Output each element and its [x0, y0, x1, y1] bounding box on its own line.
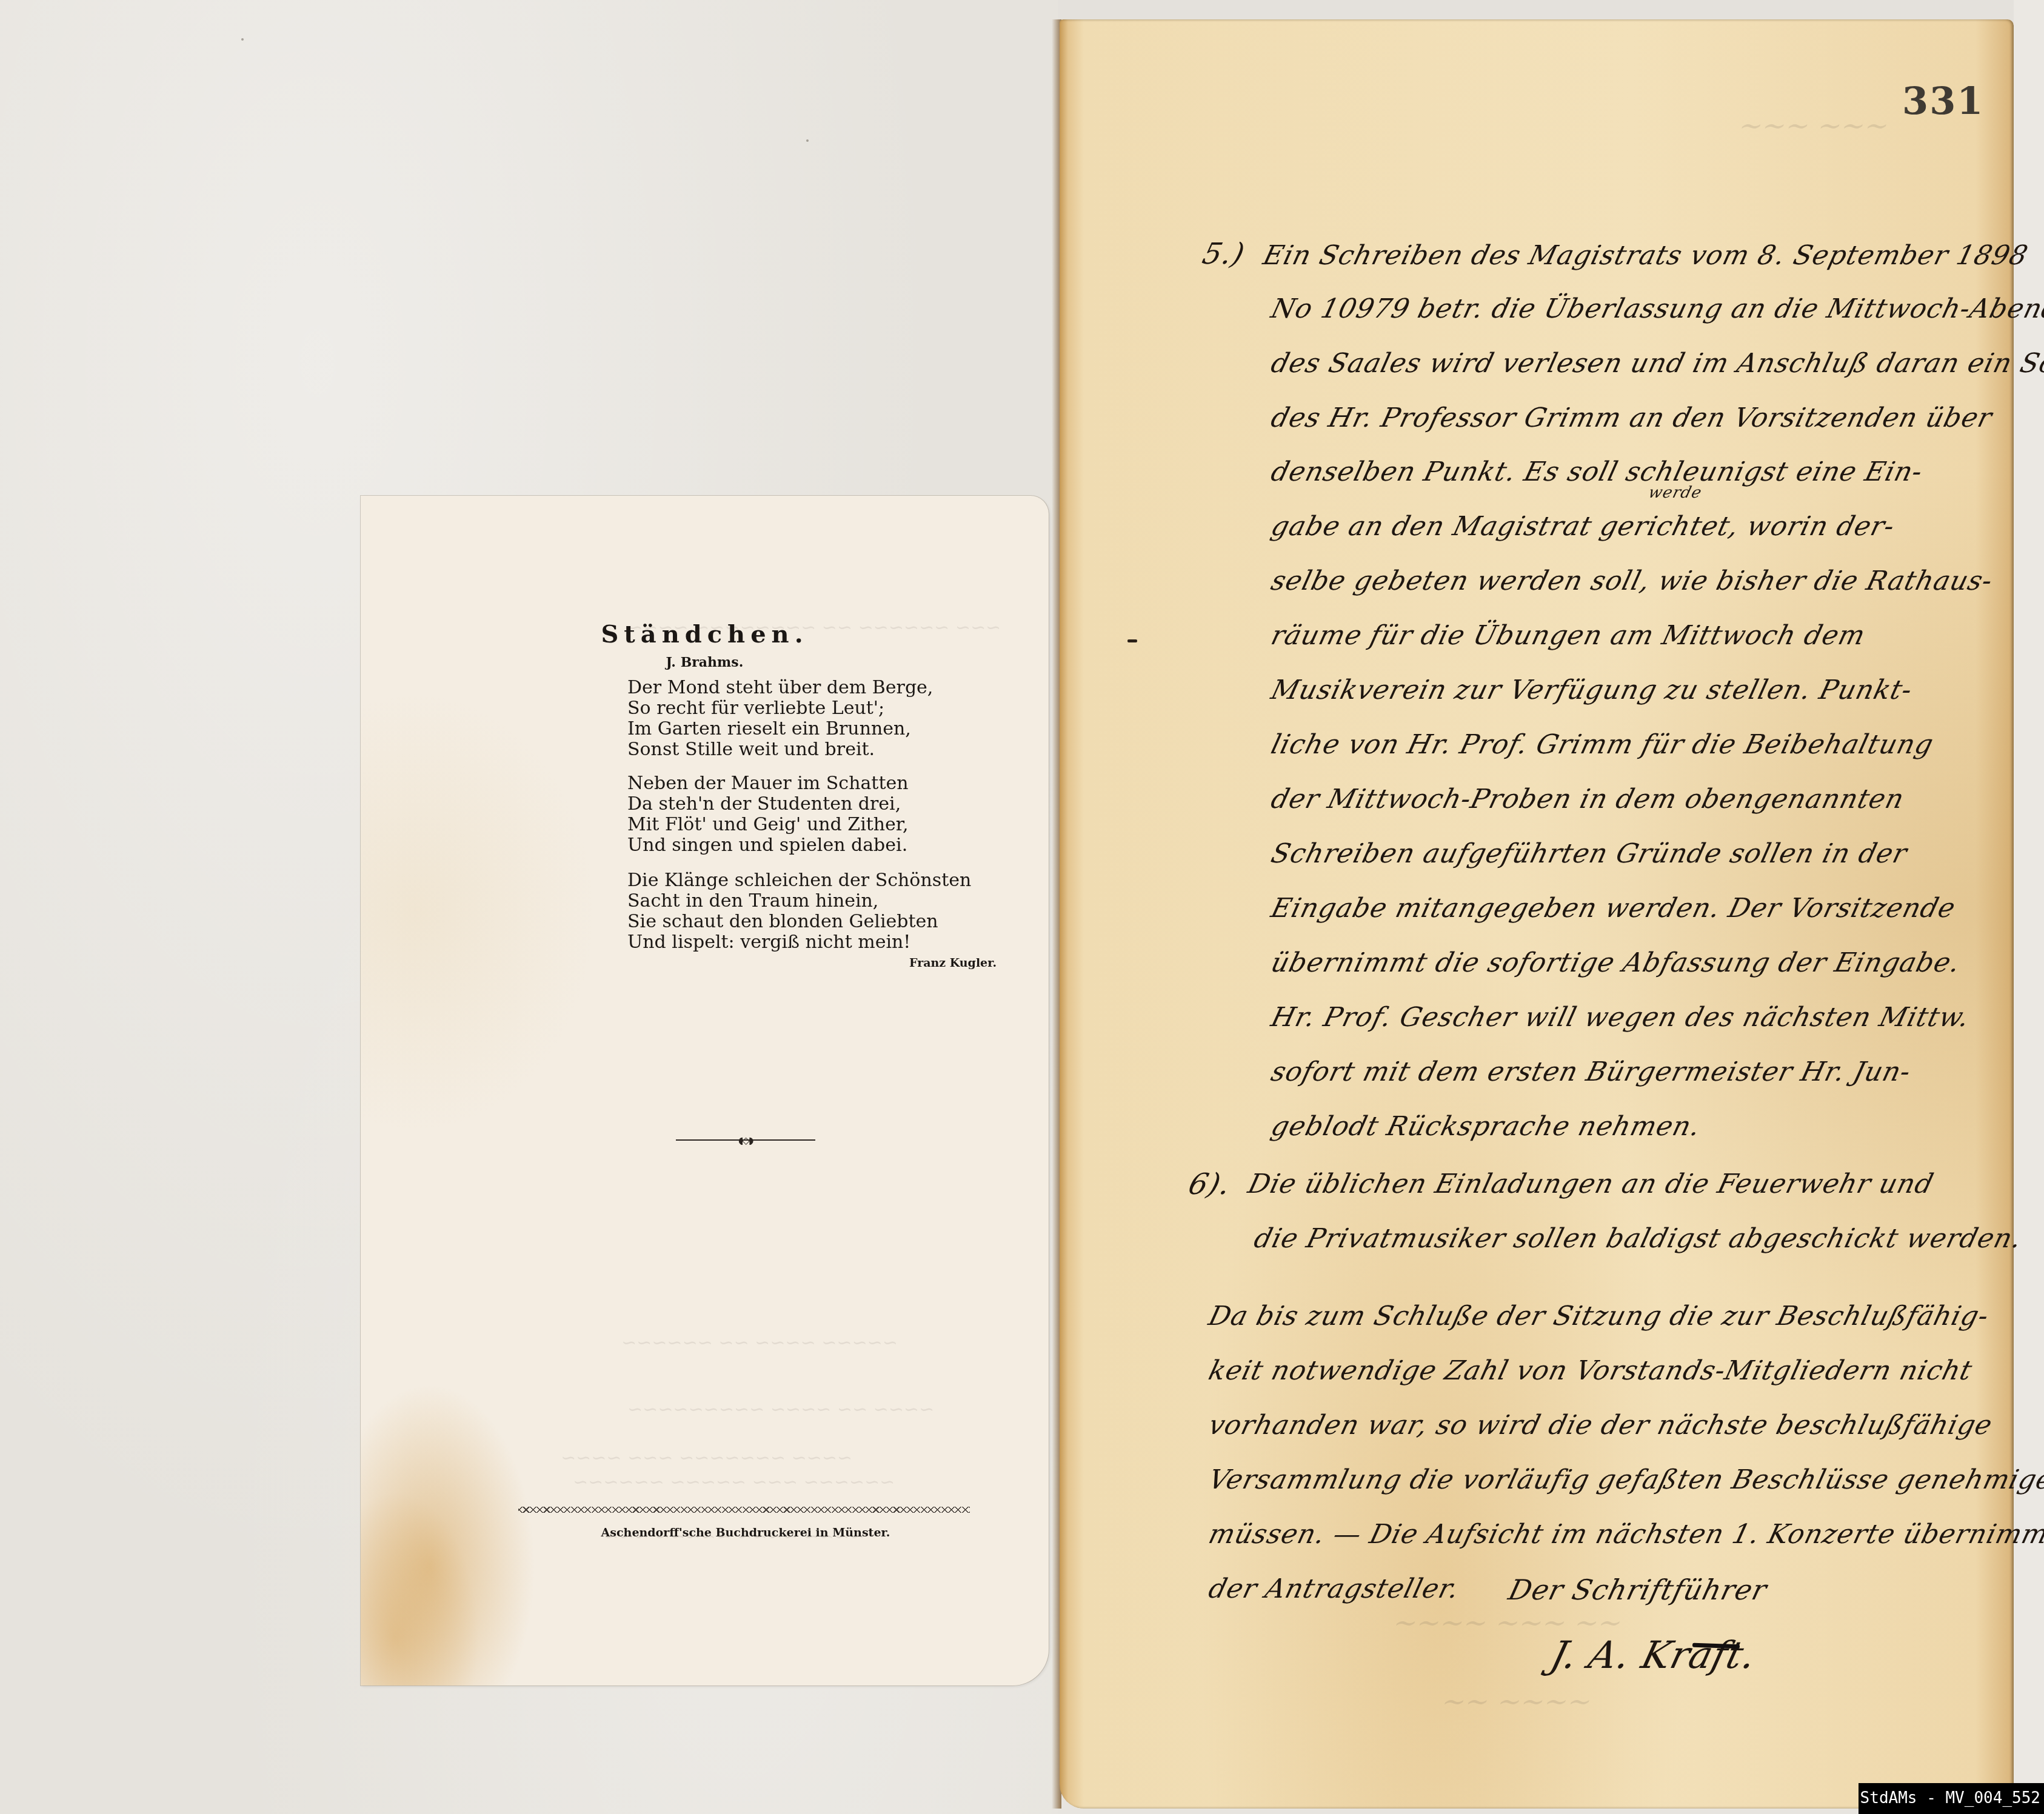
bleed-through-print: ~~~~~~ ~~~ ~~~~~ ~~~~~~	[573, 1472, 895, 1493]
poem-line: Sie schaut den blonden Geliebten	[627, 912, 971, 932]
handwritten-line: denselben Punkt. Es soll schleunigst ein…	[1269, 459, 1926, 485]
handwritten-line: sofort mit dem ersten Bürgermeister Hr. …	[1269, 1059, 1914, 1085]
poem-line: Sacht in den Traum hinein,	[627, 891, 971, 912]
poem-line: Und singen und spielen dabei.	[627, 835, 909, 856]
poem-line: Mit Flöt' und Geig' und Zither,	[627, 815, 909, 835]
handwritten-line: liche von Hr. Prof. Grimm für die Beibeh…	[1269, 732, 1937, 758]
handwritten-line: keit notwendige Zahl von Vorstands-Mitgl…	[1206, 1358, 1976, 1384]
handwritten-line: die Privatmusiker sollen baldigst abgesc…	[1252, 1225, 2025, 1252]
wavy-rule-divider	[518, 1507, 970, 1513]
bleed-through-print: ~~~~ ~~ ~~~~ ~~~~~~~~~	[627, 1399, 934, 1420]
poem-line: Da steh'n der Studenten drei,	[627, 794, 909, 815]
handwritten-line: räume für die Übungen am Mittwoch dem	[1269, 622, 1868, 649]
poem-stanza-2: Neben der Mauer im Schatten Da steh'n de…	[627, 773, 909, 856]
poem-line: So recht für verliebte Leut';	[627, 698, 933, 719]
poem-composer: J. Brahms.	[361, 655, 1049, 670]
handwritten-line: gabe an den Magistrat gerichtet, worin d…	[1269, 513, 1898, 540]
ornament-icon: ◖◇◗	[738, 1135, 752, 1146]
handwritten-line: der Mittwoch-Proben in dem obengenannten	[1269, 786, 1907, 813]
signature-name: J. A. Kraft.	[1547, 1636, 1760, 1674]
handwritten-line: Da bis zum Schluße der Sitzung die zur B…	[1206, 1303, 1992, 1330]
handwritten-line: Die üblichen Einladungen an die Feuerweh…	[1246, 1171, 1937, 1198]
poem-stanza-1: Der Mond steht über dem Berge, So recht …	[627, 678, 933, 760]
handwritten-line: Ein Schreiben des Magistrats vom 8. Sept…	[1261, 242, 2031, 269]
poem-line: Neben der Mauer im Schatten	[627, 773, 909, 794]
handwritten-line: vorhanden war, so wird die der nächste b…	[1206, 1412, 1996, 1439]
poem-line: Sonst Stille weit und breit.	[627, 739, 933, 760]
bleed-through-ink: ~~~ ~~~	[1734, 109, 1894, 142]
handwritten-line: übernimmt die sofortige Abfassung der Ei…	[1269, 950, 1963, 976]
handwritten-line: Schreiben aufgeführten Gründe sollen in …	[1269, 841, 1910, 867]
handwritten-line: selbe gebeten werden soll, wie bisher di…	[1269, 568, 1996, 595]
entry-marker-5: 5.)	[1200, 239, 1247, 268]
interlinear-correction: werde	[1647, 485, 1704, 501]
entry-marker-6: 6).	[1186, 1170, 1234, 1199]
margin-tick-mark	[1127, 639, 1137, 642]
handwritten-line: Eingabe mitangegeben werden. Der Vorsitz…	[1269, 895, 1959, 922]
signature-title: Der Schriftführer	[1506, 1576, 1770, 1604]
handwritten-line: geblodt Rücksprache nehmen.	[1269, 1113, 1703, 1140]
handwritten-line: der Antragsteller.	[1206, 1576, 1462, 1602]
poem-author: Franz Kugler.	[909, 956, 997, 970]
bleed-through-print: ~~~~~ ~~~~ ~~ ~~~~~~	[621, 1332, 898, 1353]
bleed-through-ink: ~~ ~~~~	[1437, 1685, 1597, 1718]
poem-line: Im Garten rieselt ein Brunnen,	[627, 719, 933, 739]
poem-stanza-3: Die Klänge schleichen der Schönsten Sach…	[627, 870, 971, 953]
poem-title: Ständchen.	[361, 620, 1049, 649]
archive-reference-label: StdAMs - MV_004_552	[1859, 1783, 2044, 1814]
poem-line: Die Klänge schleichen der Schönsten	[627, 870, 971, 891]
handwritten-line: des Saales wird verlesen und im Anschluß…	[1269, 350, 2044, 377]
bleed-through-print: ~~~~ ~~~~~~~ ~~~ ~~~~	[561, 1447, 852, 1469]
printer-imprint: Aschendorff'sche Buchdruckerei in Münste…	[0, 1526, 1491, 1539]
handwritten-line: Versammlung die vorläufig gefaßten Besch…	[1206, 1467, 2044, 1493]
handwritten-line: des Hr. Professor Grimm an den Vorsitzen…	[1269, 405, 1995, 432]
handwritten-line: No 10979 betr. die Überlassung an die Mi…	[1269, 296, 2044, 322]
poem-line: Der Mond steht über dem Berge,	[627, 678, 933, 698]
page-number: 331	[1902, 79, 1984, 123]
paper-speck	[241, 38, 244, 41]
poem-line: Und lispelt: vergiß nicht mein!	[627, 932, 971, 953]
handwritten-line: Hr. Prof. Gescher will wegen des nächste…	[1269, 1004, 1972, 1031]
paper-speck	[806, 139, 809, 142]
handwritten-line: Musikverein zur Verfügung zu stellen. Pu…	[1269, 677, 1915, 704]
